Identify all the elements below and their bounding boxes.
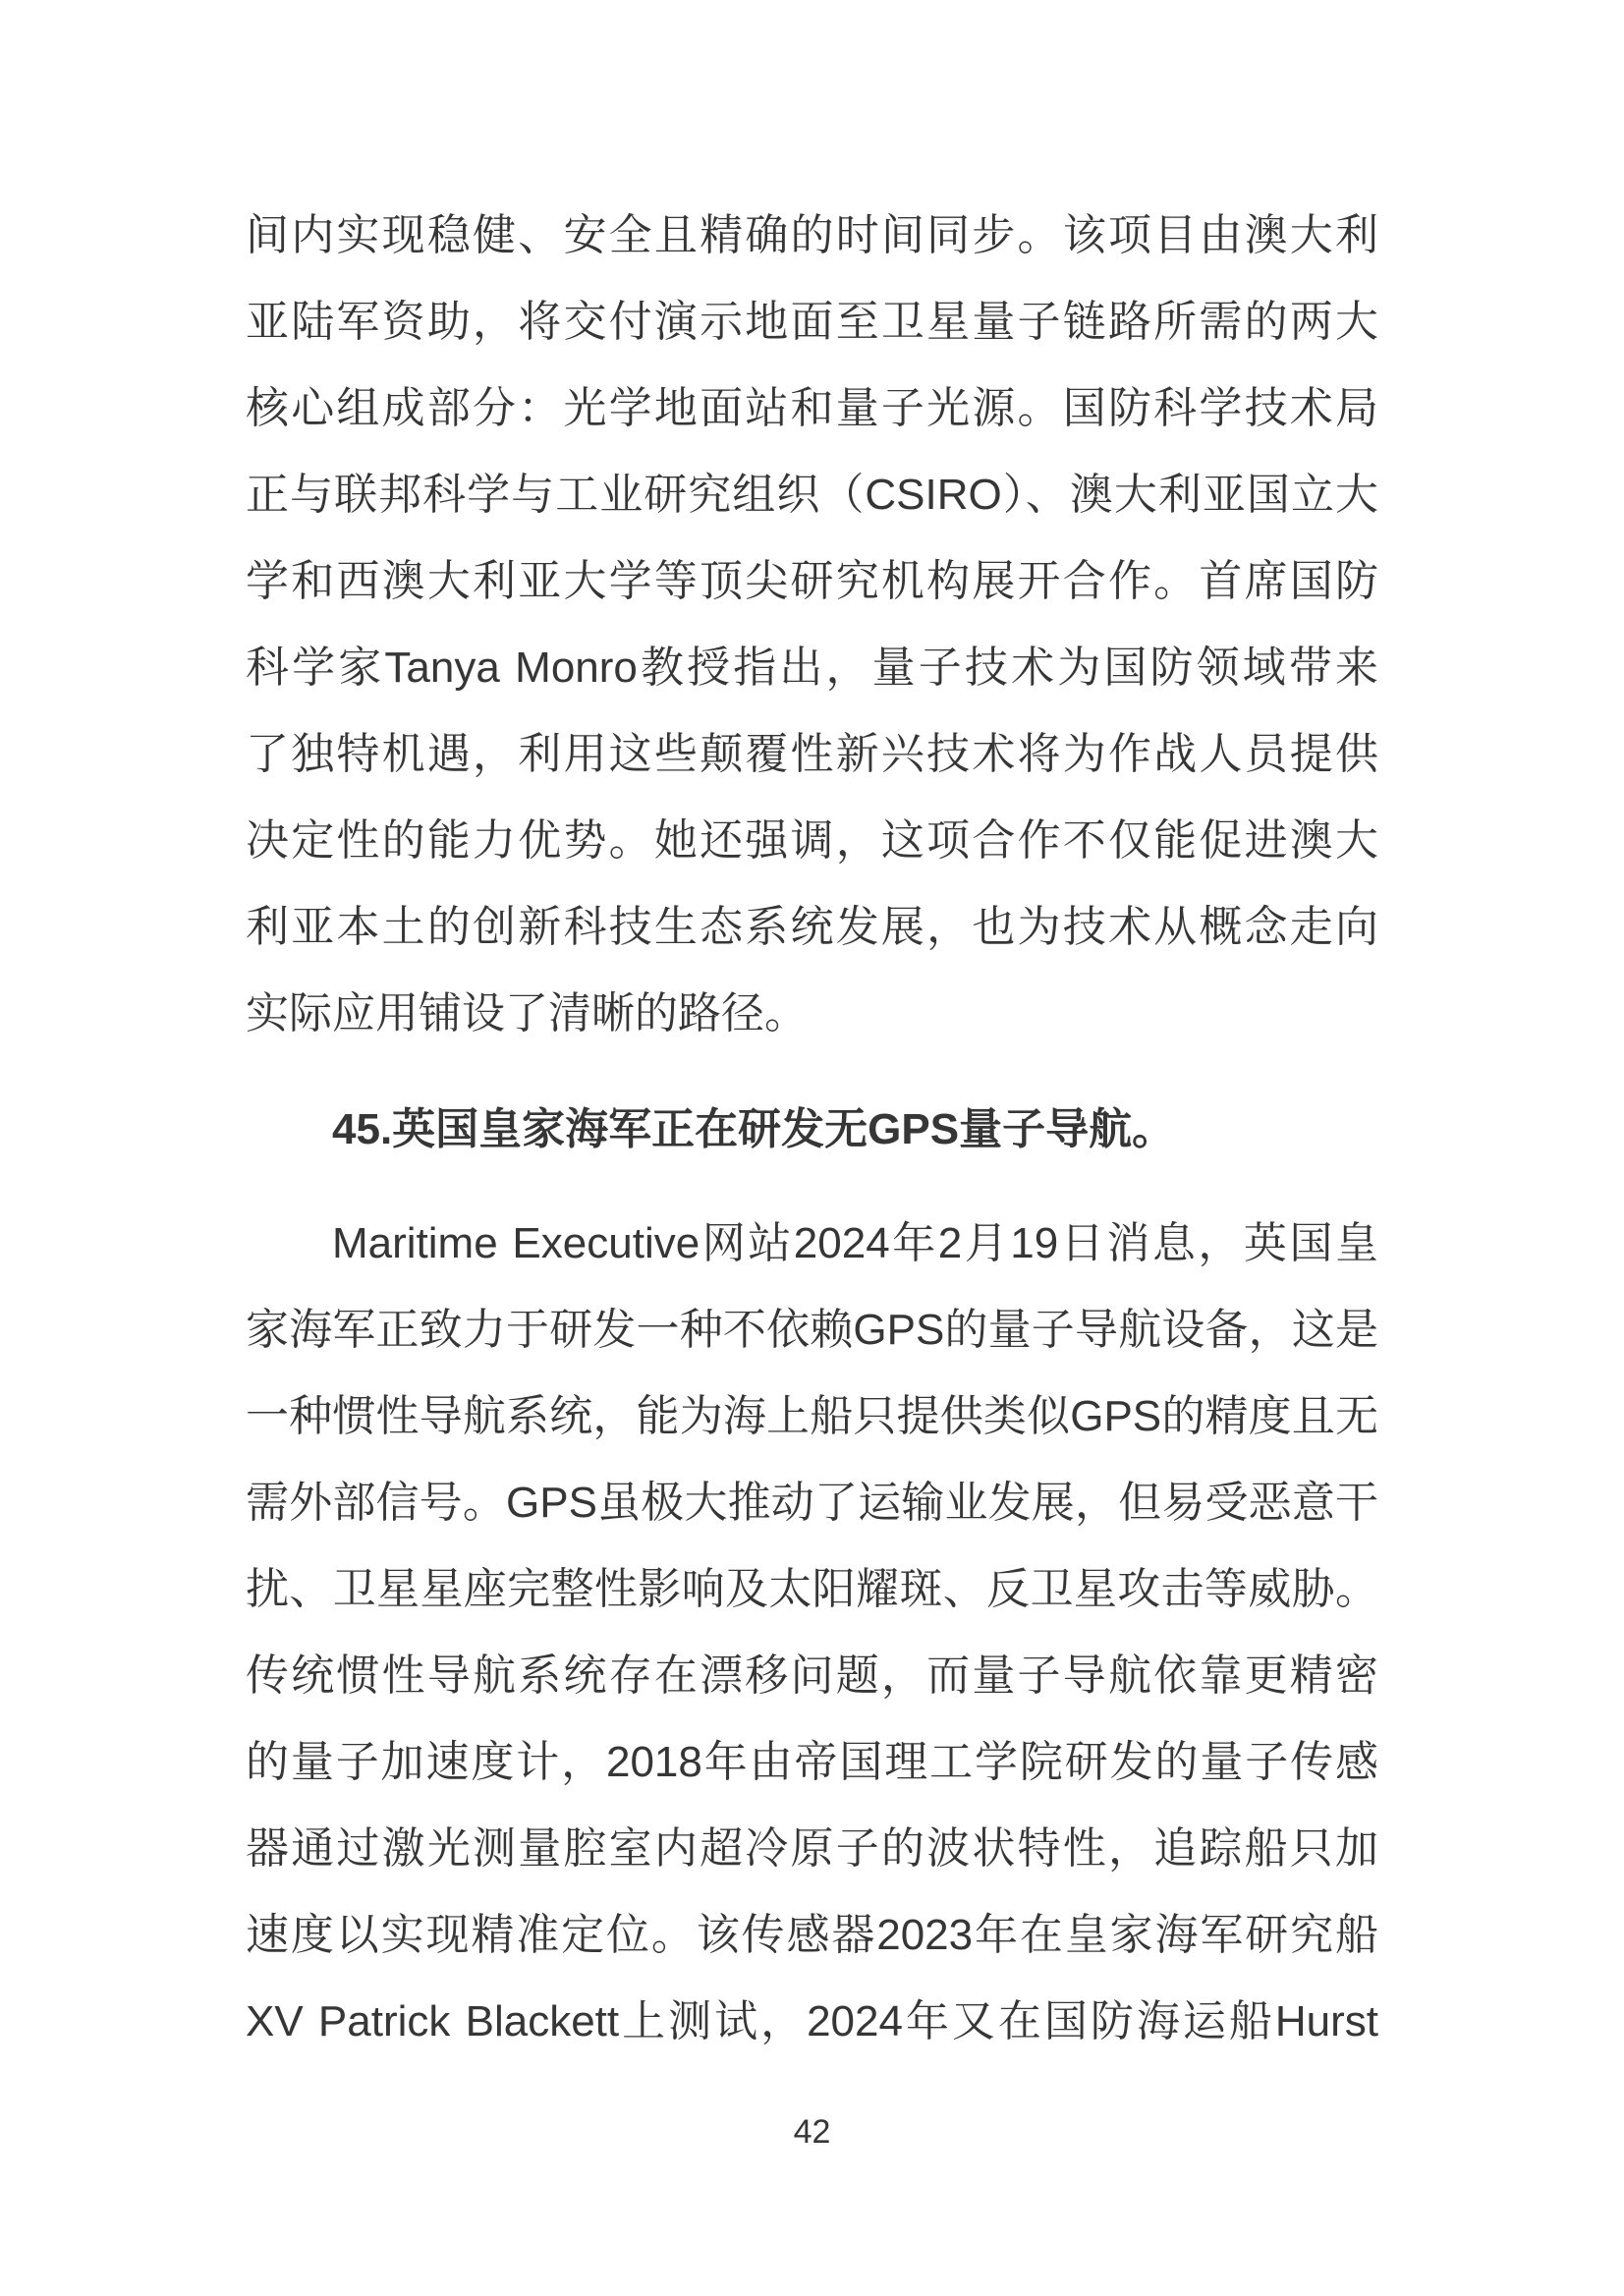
text-line: 一种惯性导航系统，能为海上船只提供类似GPS的精度且无 — [246, 1373, 1378, 1460]
text-line: 家海军正致力于研发一种不依赖GPS的量子导航设备，这是 — [246, 1287, 1378, 1373]
text-line: 间内实现稳健、安全且精确的时间同步。该项目由澳大利 — [246, 193, 1378, 279]
text-line: 核心组成部分：光学地面站和量子光源。国防科学技术局 — [246, 365, 1378, 452]
text-line: 实际应用铺设了清晰的路径。 — [246, 971, 1378, 1057]
text-block: 间内实现稳健、安全且精确的时间同步。该项目由澳大利 亚陆军资助，将交付演示地面至… — [246, 193, 1378, 2065]
paragraph-royal-navy: Maritime Executive网站2024年2月19日消息，英国皇 家海军… — [246, 1201, 1378, 2065]
text-line: 学和西澳大利亚大学等顶尖研究机构展开合作。首席国防 — [246, 538, 1378, 625]
text-line: 利亚本土的创新科技生态系统发展，也为技术从概念走向 — [246, 884, 1378, 971]
text-line: 正与联邦科学与工业研究组织（CSIRO）、澳大利亚国立大 — [246, 452, 1378, 538]
text-line: 扰、卫星星座完整性影响及太阳耀斑、反卫星攻击等威胁。 — [246, 1546, 1378, 1633]
text-line: XV Patrick Blackett上测试，2024年又在国防海运船Hurst — [246, 1979, 1378, 2065]
text-line: 了独特机遇，利用这些颠覆性新兴技术将为作战人员提供 — [246, 711, 1378, 798]
text-line: 器通过激光测量腔室内超冷原子的波状特性，追踪船只加 — [246, 1806, 1378, 1892]
text-line: Maritime Executive网站2024年2月19日消息，英国皇 — [246, 1201, 1378, 1287]
text-line: 亚陆军资助，将交付演示地面至卫星量子链路所需的两大 — [246, 279, 1378, 365]
page-number: 42 — [0, 2112, 1624, 2152]
text-line: 科学家Tanya Monro教授指出，量子技术为国防领域带来 — [246, 625, 1378, 711]
text-line: 传统惯性导航系统存在漂移问题，而量子导航依靠更精密 — [246, 1633, 1378, 1719]
text-line: 需外部信号。GPS虽极大推动了运输业发展，但易受恶意干 — [246, 1460, 1378, 1546]
text-line: 速度以实现精准定位。该传感器2023年在皇家海军研究船 — [246, 1892, 1378, 1979]
paragraph-continuation: 间内实现稳健、安全且精确的时间同步。该项目由澳大利 亚陆军资助，将交付演示地面至… — [246, 193, 1378, 1057]
section-heading: 45.英国皇家海军正在研发无GPS量子导航。 — [246, 1087, 1378, 1173]
text-line: 决定性的能力优势。她还强调，这项合作不仅能促进澳大 — [246, 798, 1378, 884]
text-line: 的量子加速度计，2018年由帝国理工学院研发的量子传感 — [246, 1719, 1378, 1806]
document-page: 间内实现稳健、安全且精确的时间同步。该项目由澳大利 亚陆军资助，将交付演示地面至… — [0, 0, 1624, 2296]
